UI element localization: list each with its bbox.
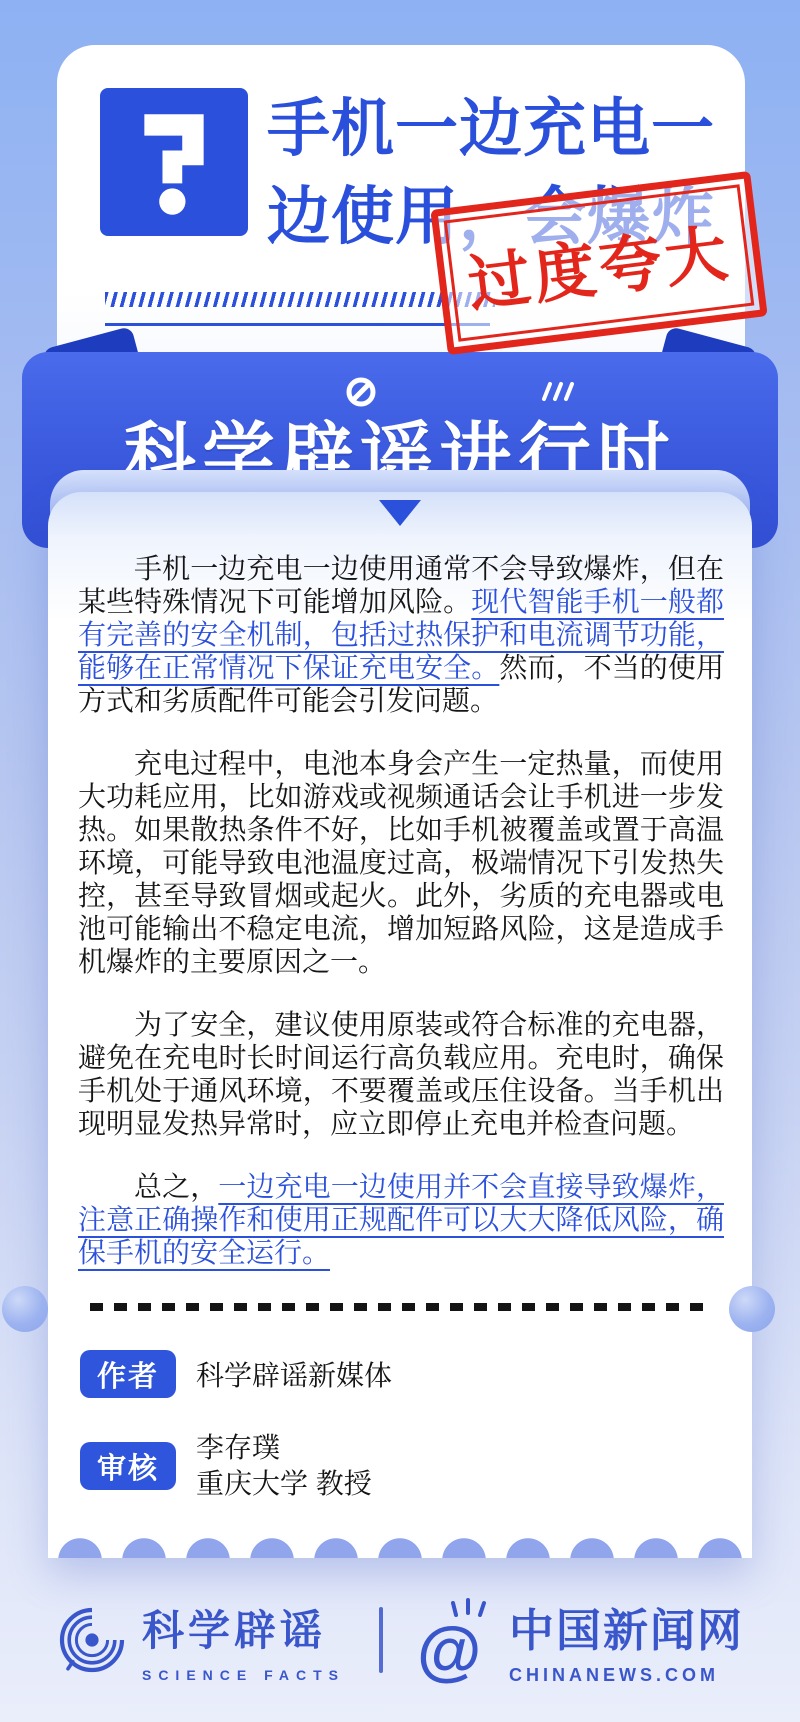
footer: 科学辟谣 SCIENCE FACTS @ 中国新闻网 CHINANEWS.COM <box>0 1558 800 1722</box>
science-fact-poster: 手机一边充电一 边使用，会爆炸 过度夸大 科学辟谣进行时 手机一边充电一 <box>0 0 800 1722</box>
science-facts-cn: 科学辟谣 <box>142 1598 326 1658</box>
science-facts-swirl-icon <box>56 1604 128 1676</box>
chinanews-cn: 中国新闻网 <box>509 1594 744 1659</box>
science-facts-en: SCIENCE FACTS <box>142 1667 345 1683</box>
article-card: 手机一边充电一边使用通常不会导致爆炸，但在某些特殊情况下可能增加风险。现代智能手… <box>48 492 752 1558</box>
verdict-stamp-inner-border: 过度夸大 <box>444 184 755 341</box>
article-paragraph: 手机一边充电一边使用通常不会导致爆炸，但在某些特殊情况下可能增加风险。现代智能手… <box>78 552 724 717</box>
author-name: 科学辟谣新媒体 <box>196 1354 392 1394</box>
article-paragraph: 充电过程中，电池本身会产生一定热量，而使用大功耗应用，比如游戏或视频通话会让手机… <box>78 747 724 978</box>
body-text: 为了安全，建议使用原装或符合标准的充电器，避免在充电时长时间运行高负载应用。充电… <box>78 1009 724 1139</box>
dashed-divider <box>90 1303 710 1311</box>
hatch-divider <box>105 292 495 307</box>
science-facts-logo: 科学辟谣 SCIENCE FACTS <box>56 1598 345 1683</box>
chinanews-en: CHINANEWS.COM <box>509 1665 719 1686</box>
reviewer-row: 审核 李存璞 重庆大学 教授 <box>80 1430 372 1502</box>
ticket-notch-left <box>2 1286 48 1332</box>
reviewer-name: 李存璞 <box>196 1430 372 1466</box>
chinanews-logo: @ 中国新闻网 CHINANEWS.COM <box>417 1594 744 1686</box>
logo-divider <box>379 1607 383 1673</box>
article-paragraph: 总之，一边充电一边使用并不会直接导致爆炸，注意正确操作和使用正规配件可以大大降低… <box>78 1170 724 1269</box>
author-row: 作者 科学辟谣新媒体 <box>80 1350 392 1398</box>
article-body: 手机一边充电一边使用通常不会导致爆炸，但在某些特殊情况下可能增加风险。现代智能手… <box>78 552 724 1299</box>
verdict-stamp-text: 过度夸大 <box>463 203 736 324</box>
science-facts-text: 科学辟谣 SCIENCE FACTS <box>142 1598 345 1683</box>
body-text: 充电过程中，电池本身会产生一定热量，而使用大功耗应用，比如游戏或视频通话会让手机… <box>78 748 724 977</box>
article-paragraph: 为了安全，建议使用原装或符合标准的充电器，避免在充电时长时间运行高负载应用。充电… <box>78 1008 724 1140</box>
body-text: 总之， <box>134 1171 218 1202</box>
chinanews-text: 中国新闻网 CHINANEWS.COM <box>509 1594 744 1686</box>
question-mark-icon <box>100 88 248 236</box>
reviewer-badge: 审核 <box>80 1442 176 1490</box>
scalloped-edge <box>48 1534 752 1558</box>
ticket-notch-right <box>729 1286 775 1332</box>
triangle-down-icon <box>379 500 421 526</box>
rule-divider <box>105 323 490 326</box>
no-rumor-icon <box>345 376 377 408</box>
speed-lines-icon <box>539 380 575 402</box>
chinanews-at-icon: @ <box>417 1597 495 1683</box>
author-badge: 作者 <box>80 1350 176 1398</box>
reviewer-info: 李存璞 重庆大学 教授 <box>196 1430 372 1502</box>
poster-title-line1: 手机一边充电一 <box>267 85 737 173</box>
reviewer-title: 重庆大学 教授 <box>196 1466 372 1502</box>
